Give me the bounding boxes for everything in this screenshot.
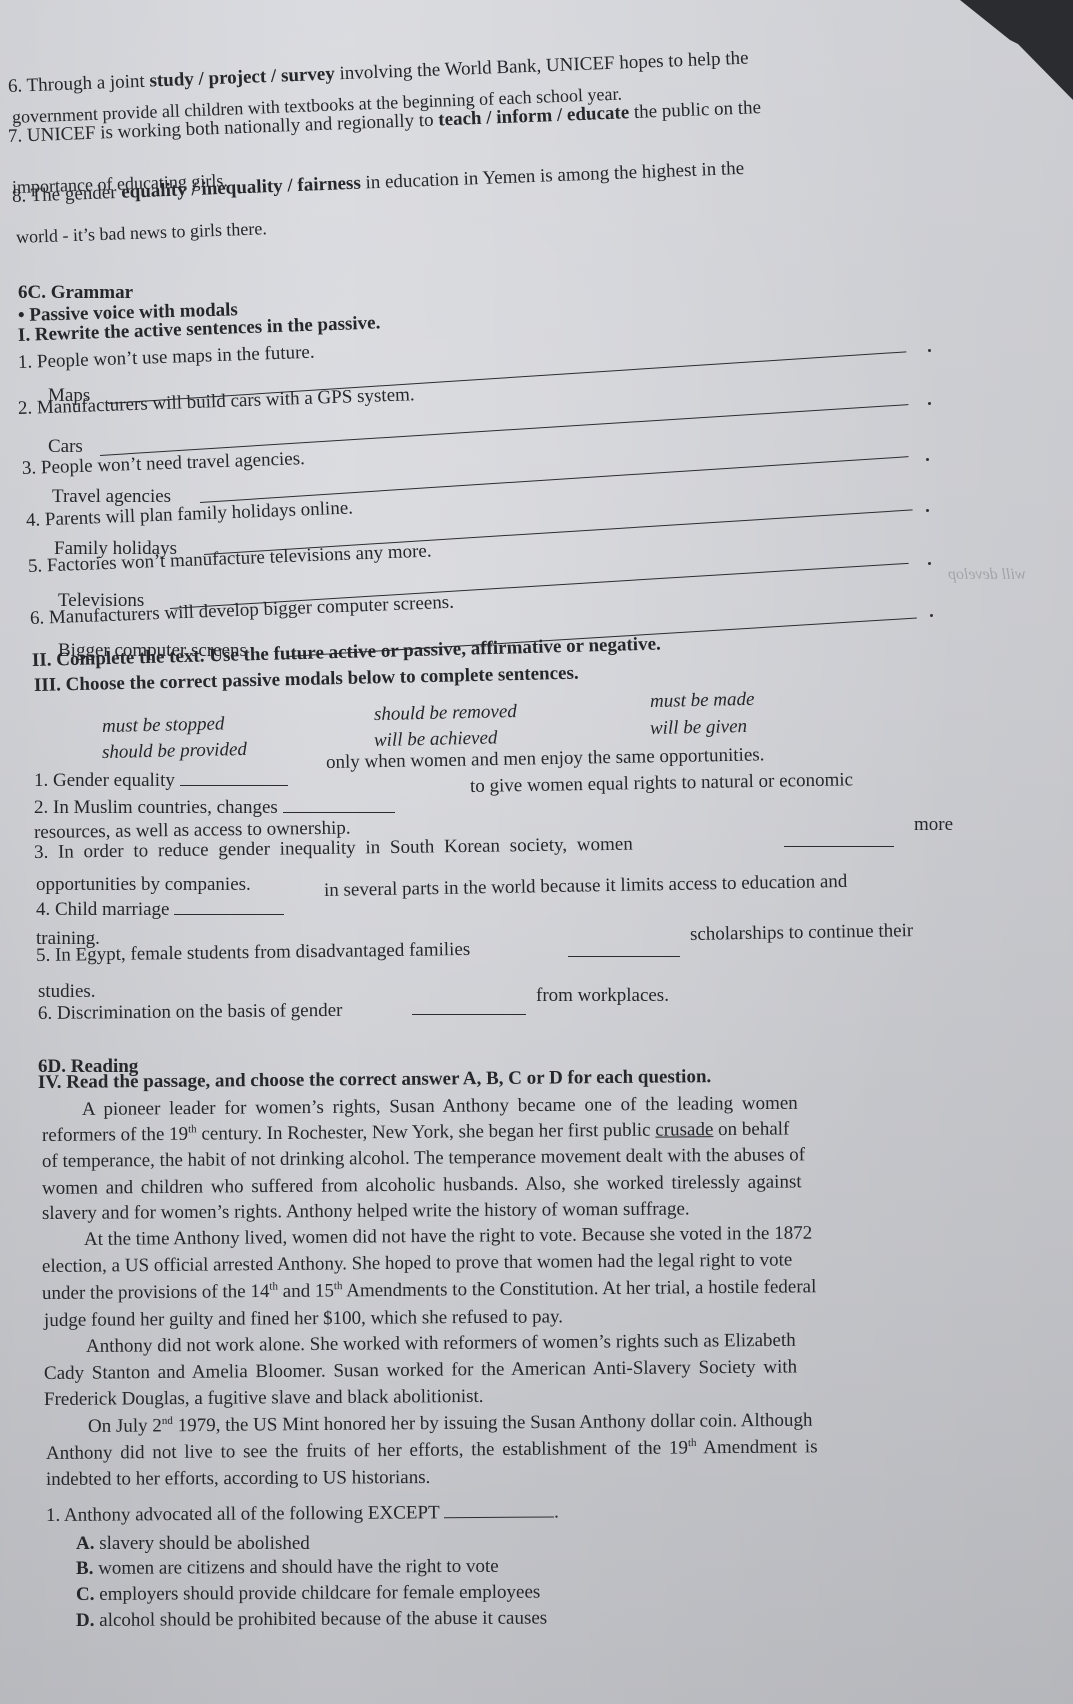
- ex3-item-1: 1. Gender equality: [34, 770, 288, 792]
- ex3-item-3-cont: opportunities by companies.: [36, 874, 251, 896]
- ex3-item-4: 4. Child marriage: [36, 899, 284, 921]
- ex1-item-3-answer-line[interactable]: [200, 456, 909, 503]
- word-bank-item[interactable]: must be made: [650, 689, 755, 713]
- ex3-item-2: 2. In Muslim countries, changes: [34, 797, 395, 819]
- ex1-item-2-start: Cars: [48, 436, 83, 458]
- vocab-q8-cont: world - it’s bad news to girls there.: [16, 217, 268, 248]
- word-bank-item[interactable]: should be provided: [102, 739, 247, 764]
- option-c[interactable]: C. employers should provide childcare fo…: [76, 1582, 540, 1606]
- ex3-item-6-blank[interactable]: [412, 1000, 526, 1015]
- vocab-q8: 8. The gender equality / inequality / fa…: [12, 158, 745, 208]
- ex3-item-4-blank[interactable]: [174, 900, 284, 915]
- section-title-grammar: 6C. Grammar: [18, 282, 133, 304]
- ex3-item-5-post: scholarships to continue their: [690, 920, 914, 946]
- ex3-item-5: 5. In Egypt, female students from disadv…: [36, 939, 471, 967]
- word-bank-item[interactable]: must be stopped: [102, 713, 225, 738]
- ex3-item-3-blank[interactable]: [784, 832, 894, 847]
- ex3-item-2-post: to give women equal rights to natural or…: [470, 769, 853, 798]
- bleed-through-text: will develop: [948, 566, 1026, 584]
- ex3-item-6-post: from workplaces.: [536, 985, 669, 1007]
- ex3-item-5-cont: studies.: [38, 981, 96, 1003]
- ex1-item-1: 1. People won’t use maps in the future.: [18, 342, 315, 374]
- vocab-q6-choices[interactable]: study / project / survey: [149, 63, 335, 91]
- worksheet-page: 6. Through a joint study / project / sur…: [0, 0, 1073, 1704]
- question-1-stem: 1. Anthony advocated all of the followin…: [46, 1501, 559, 1527]
- word-bank-item[interactable]: will be achieved: [374, 727, 498, 752]
- vocab-q6: 6. Through a joint study / project / sur…: [8, 48, 749, 98]
- ex3-item-6: 6. Discrimination on the basis of gender: [38, 1000, 343, 1025]
- ex3-item-3-post: more: [914, 814, 953, 836]
- option-d[interactable]: D. alcohol should be prohibited because …: [76, 1608, 547, 1632]
- option-a[interactable]: A. slavery should be abolished: [76, 1533, 310, 1555]
- ex3-item-2-blank[interactable]: [283, 798, 395, 813]
- exercise-4-title: IV. Read the passage, and choose the cor…: [38, 1066, 711, 1094]
- word-bank-item[interactable]: should be removed: [374, 701, 517, 726]
- ex3-item-1-blank[interactable]: [180, 771, 288, 786]
- ex3-item-5-blank[interactable]: [568, 942, 680, 957]
- option-b[interactable]: B. women are citizens and should have th…: [76, 1556, 499, 1580]
- question-1-blank[interactable]: [444, 1502, 554, 1518]
- underlined-word-crusade: crusade: [655, 1119, 713, 1141]
- word-bank-item[interactable]: will be given: [650, 716, 748, 740]
- ex3-item-4-post: in several parts in the world because it…: [324, 871, 848, 902]
